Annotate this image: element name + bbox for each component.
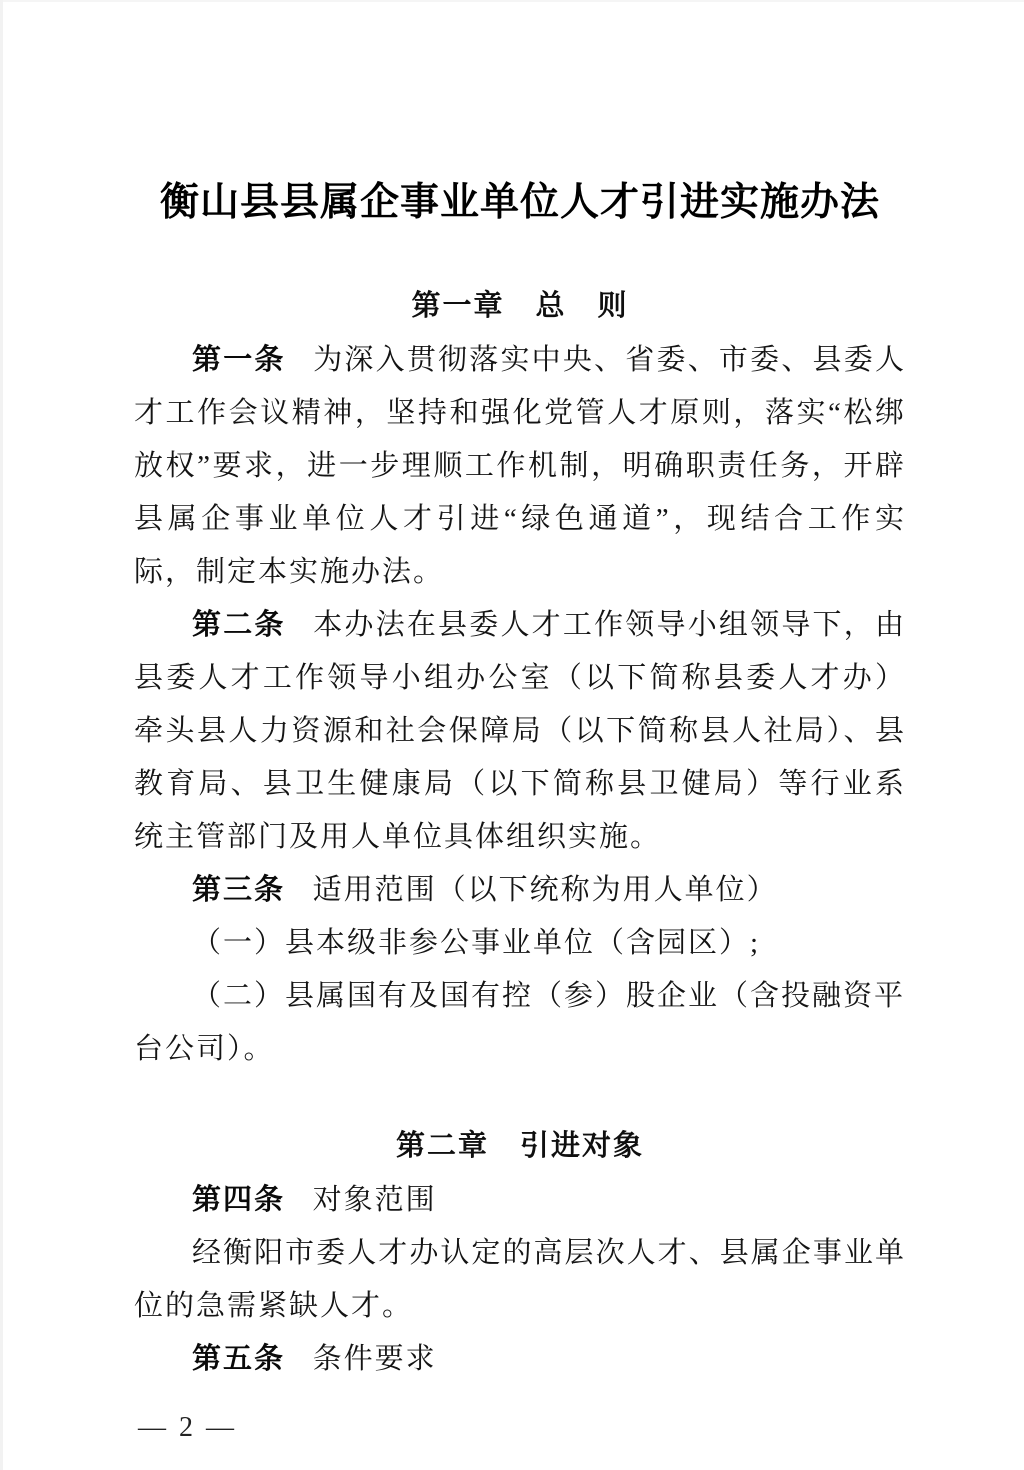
document-page: 衡山县县属企事业单位人才引进实施办法 第一章 总 则 第一条为深入贯彻落实中央、… [0,0,1024,1470]
article-3-number: 第三条 [192,874,285,906]
article-2-number: 第二条 [192,609,286,641]
article-3-text: 适用范围（以下统称为用人单位） [313,874,778,906]
page-number: — 2 — [138,1410,906,1446]
chapter-2-heading: 第二章 引进对象 [134,1128,906,1164]
article-2-text: 本办法在县委人才工作领导小组领导下，由县委人才工作领导小组办公室（以下简称县委人… [134,609,906,853]
article-3: 第三条适用范围（以下统称为用人单位） [134,864,906,917]
article-4-number: 第四条 [192,1184,285,1216]
scope-item-2: （二）县属国有及国有控（参）股企业（含投融资平台公司）。 [134,970,906,1076]
article-2: 第二条本办法在县委人才工作领导小组领导下，由县委人才工作领导小组办公室（以下简称… [134,599,906,864]
article-1-text: 为深入贯彻落实中央、省委、市委、县委人才工作会议精神，坚持和强化党管人才原则，落… [134,344,906,588]
article-5-text: 条件要求 [313,1343,437,1375]
article-1: 第一条为深入贯彻落实中央、省委、市委、县委人才工作会议精神，坚持和强化党管人才原… [134,334,906,599]
article-4-body: 经衡阳市委人才办认定的高层次人才、县属企事业单位的急需紧缺人才。 [134,1227,906,1333]
document-title: 衡山县县属企事业单位人才引进实施办法 [134,0,906,226]
article-1-number: 第一条 [192,344,286,376]
document-content: 衡山县县属企事业单位人才引进实施办法 第一章 总 则 第一条为深入贯彻落实中央、… [0,0,1024,1446]
article-4-text: 对象范围 [313,1184,437,1216]
article-5-number: 第五条 [192,1343,285,1375]
chapter-1-heading: 第一章 总 则 [134,288,906,324]
article-5: 第五条条件要求 [134,1333,906,1386]
article-4: 第四条对象范围 [134,1174,906,1227]
scope-item-1: （一）县本级非参公事业单位（含园区）; [134,917,906,970]
